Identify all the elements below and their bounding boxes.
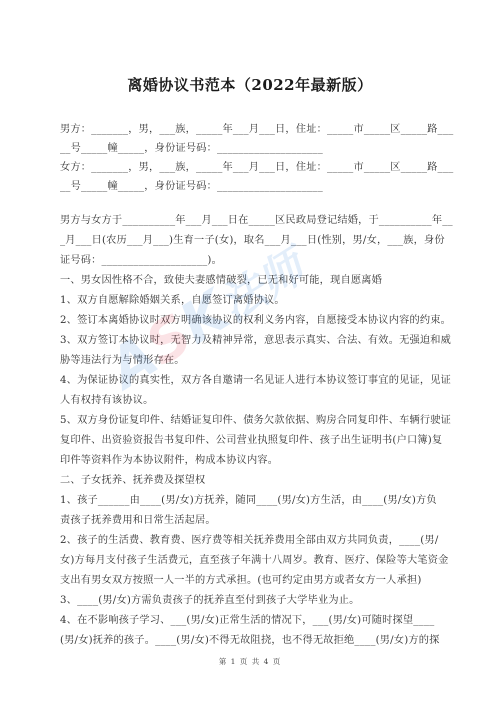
document-line: 一、男女因性格不合，致使夫妻感情破裂，已无和好可能，现自愿离婚 [60, 274, 442, 288]
document-line: 1、孩子______由____(男/女)方抚养，随同____(男/女)方生活，由… [60, 494, 442, 508]
document-line: 1、双方自愿解除婚姻关系，自愿签订离婚协议。 [60, 294, 442, 308]
document-line: 女)方每月支付孩子生活费元，直至孩子年满十八周岁。教育、医疗、保险等大笔资金 [60, 554, 442, 568]
document-line: 支出有男女双方按照一人一半的方式承担。(也可约定由男方或者女方一人承担) [60, 574, 442, 588]
document-line: 责孩子抚养费用和日常生活起居。 [60, 514, 442, 528]
document-line: 胁等违法行为与情形存在。 [60, 354, 442, 368]
document-line: 证号码：____________________)。 [60, 254, 442, 268]
document-line: 3、____(男/女)方需负责孩子的抚养直至付到孩子大学毕业为止。 [60, 594, 442, 608]
document-line: __号_____幢_____，身份证号码：___________________… [60, 180, 442, 194]
document-line: 4、在不影响孩子学习、___(男/女)正常生活的情况下，___(男/女)可随时探… [60, 614, 442, 628]
page-number-footer: 第 1 页 共 4 页 [0, 656, 500, 667]
document-line: 复印件、出资验资报告书复印件、公司营业执照复印件、孩子出生证明书(户口簿)复 [60, 434, 442, 448]
document-line: 5、双方身份证复印件、结婚证复印件、债务欠款依据、购房合同复印件、车辆行驶证 [60, 414, 442, 428]
document-line: 4、为保证协议的真实性，双方各自邀请一名见证人进行本协议签订事宜的见证，见证 [60, 374, 442, 388]
document-page: 离婚协议书范本（2022年最新版） 男方：_______，男，___族，____… [0, 0, 500, 706]
document-line: 女方：_______，男，___族，_____年___月___日，住址：____… [60, 161, 442, 175]
document-line: 二、子女抚养、抚养费及探望权 [60, 474, 442, 488]
document-line: 男方：_______，男，___族，_____年___月___日，住址：____… [60, 123, 442, 137]
document-line: 人有权持有该协议。 [60, 394, 442, 408]
document-line: 2、孩子的生活费、教育费、医疗费等相关抚养费用全部由双方共同负责，____(男/ [60, 534, 442, 548]
document-line: 3、双方签订本协议时，无智力及精神异常，意思表示真实、合法、有效。无强迫和威 [60, 334, 442, 348]
document-line: 2、签订本离婚协议时双方明确该协议的权利义务内容，自愿接受本协议内容的约束。 [60, 314, 442, 328]
document-line: _月___日(农历___月___)生育一子(女)，取名___月___日(性别，男… [60, 234, 442, 248]
document-line: 男方与女方于__________年___月___日在_____区民政局登记结婚，… [60, 214, 442, 228]
document-line: __号_____幢_____，身份证号码：___________________… [60, 142, 442, 156]
document-line: 印件等资料作为本协议附件，构成本协议内容。 [60, 454, 442, 468]
document-line: (男/女)抚养的孩子。____(男/女)不得无故阻挠，也不得无故拒绝____(男… [60, 634, 442, 648]
document-title: 离婚协议书范本（2022年最新版） [0, 74, 500, 95]
